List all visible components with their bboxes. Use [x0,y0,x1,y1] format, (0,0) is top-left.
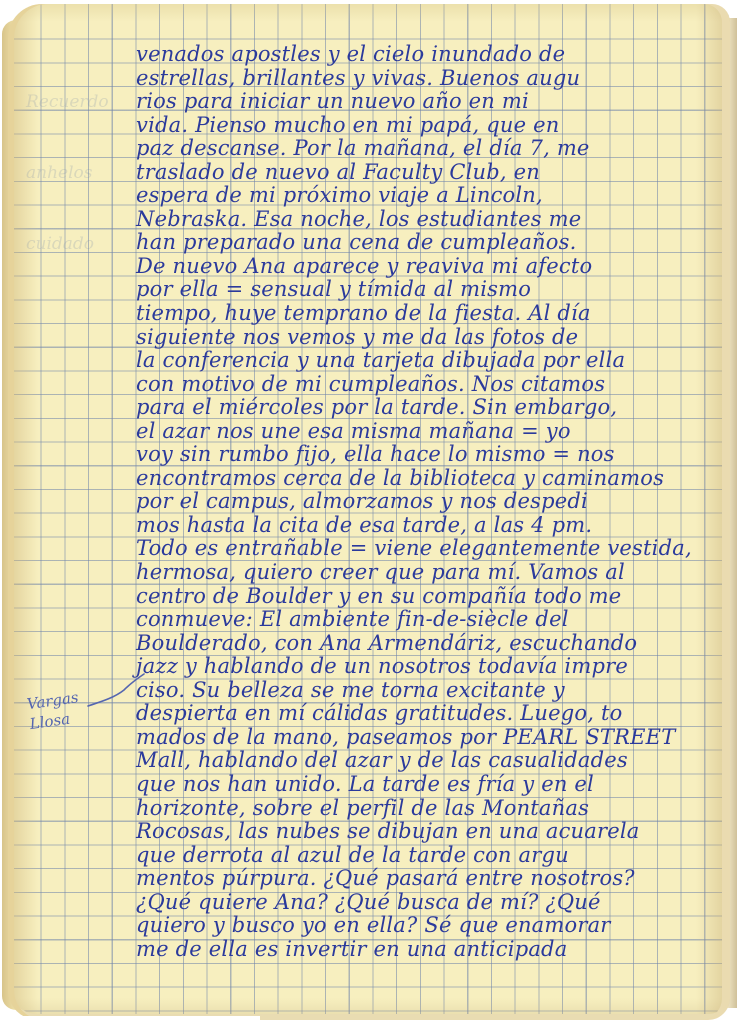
text-line: De nuevo Ana aparece y reaviva mi afecto [136,255,716,279]
text-line: venados apostles y el cielo inundado de [136,43,716,67]
text-line: mados de la mano, paseamos por PEARL STR… [136,726,716,750]
text-line: horizonte, sobre el perfil de las Montañ… [136,797,716,821]
notebook-scan: Recuerdo anhelos cuidado venados apostle… [0,0,737,1024]
margin-connector-stroke [86,672,146,712]
text-line: con motivo de mi cumpleaños. Nos citamos [136,373,716,397]
text-line: estrellas, brillantes y vivas. Buenos au… [136,67,716,91]
text-line: para el miércoles por la tarde. Sin emba… [136,396,716,420]
text-line: el azar nos une esa misma mañana = yo [136,420,716,444]
text-line: tiempo, huye temprano de la fiesta. Al d… [136,302,716,326]
text-line: por el campus, almorzamos y nos despedi [136,490,716,514]
text-line: jazz y hablando de un nosotros todavía i… [136,655,716,679]
text-line: mentos púrpura. ¿Qué pasará entre nosotr… [136,867,716,891]
text-line: ¿Qué quiere Ana? ¿Qué busca de mí? ¿Qué [136,891,716,915]
text-line: la conferencia y una tarjeta dibujada po… [136,349,716,373]
text-line: despierta en mí cálidas gratitudes. Lueg… [136,702,716,726]
text-line: conmueve: El ambiente fin-de-siècle del [136,608,716,632]
text-line: Rocosas, las nubes se dibujan en una acu… [136,820,716,844]
text-line: voy sin rumbo fijo, ella hace lo mismo =… [136,443,716,467]
text-line: vida. Pienso mucho en mi papá, que en [136,114,716,138]
text-line: rios para iniciar un nuevo año en mi [136,90,716,114]
text-line: siguiente nos vemos y me da las fotos de [136,326,716,350]
text-line: que derrota al azul de la tarde con argu [136,844,716,868]
text-line: quiero y busco yo en ella? Sé que enamor… [136,914,716,938]
text-line: hermosa, quiero creer que para mí. Vamos… [136,561,716,585]
scan-margin [0,1016,260,1024]
text-line: Boulderado, con Ana Armendáriz, escuchan… [136,632,716,656]
text-line: Mall, hablando del azar y de las casuali… [136,749,716,773]
text-line: ciso. Su belleza se me torna excitante y [136,679,716,703]
text-line: me de ella es invertir en una anticipada [136,938,716,962]
text-line: mos hasta la cita de esa tarde, a las 4 … [136,514,716,538]
text-line: han preparado una cena de cumpleaños. [136,231,716,255]
text-line: encontramos cerca de la biblioteca y cam… [136,467,716,491]
text-line: espera de mi próximo viaje a Lincoln, [136,184,716,208]
text-line: traslado de nuevo al Faculty Club, en [136,161,716,185]
text-line: por ella = sensual y tímida al mismo [136,278,716,302]
text-line: centro de Boulder y en su compañía todo … [136,585,716,609]
text-line: paz descanse. Por la mañana, el día 7, m… [136,137,716,161]
bleed-through-text-left: Recuerdo anhelos cuidado [26,44,136,304]
text-line: Todo es entrañable = viene elegantemente… [136,537,716,561]
handwritten-body-text: venados apostles y el cielo inundado de … [136,43,716,961]
text-line: Nebraska. Esa noche, los estudiantes me [136,208,716,232]
text-line: que nos han unido. La tarde es fría y en… [136,773,716,797]
